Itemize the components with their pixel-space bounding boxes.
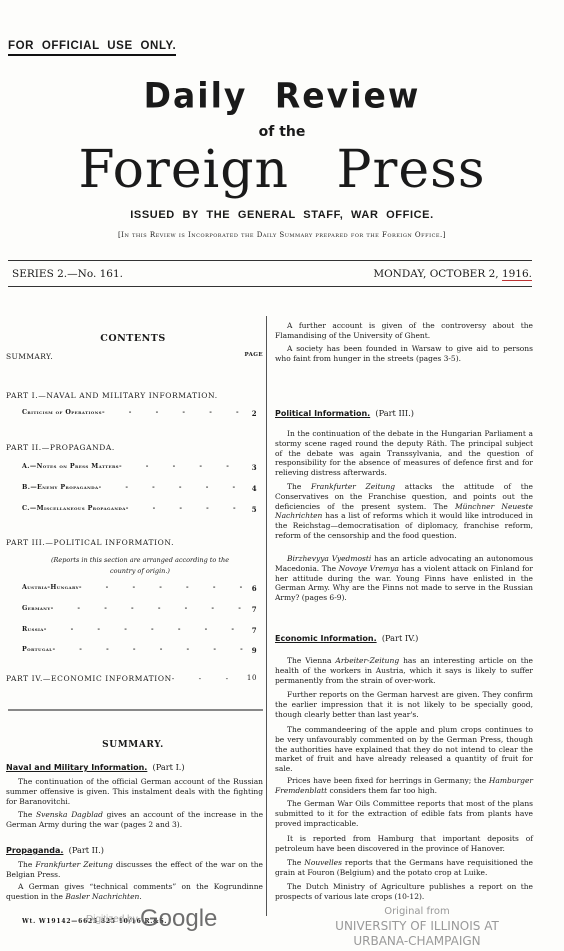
section-heading-economic: Economic Information. (Part IV.) — [275, 633, 533, 643]
original-from-label: Original from — [270, 906, 564, 917]
toc-item-label: Austria-Hungary — [22, 584, 79, 593]
toc-item-page: 7 — [252, 605, 257, 614]
institution-line-2: URBANA-CHAMPAIGN — [270, 934, 564, 948]
section-title: Economic Information. — [275, 634, 377, 643]
institution-line-1: UNIVERSITY OF ILLINOIS AT — [270, 919, 564, 933]
issued-by-line: ISSUED BY THE GENERAL STAFF, WAR OFFICE. — [0, 209, 564, 221]
official-use-notice: FOR OFFICIAL USE ONLY. — [8, 40, 176, 56]
section-part: (Part III.) — [375, 408, 414, 418]
toc-item-label: Criticism of Operations — [22, 409, 102, 418]
series-number: SERIES 2.—No. 161. — [12, 268, 123, 280]
toc-item-label: PART IV.—ECONOMIC INFORMATION — [6, 674, 172, 683]
issue-year: 1916. — [502, 268, 532, 281]
section-heading-propaganda: Propaganda. (Part II.) — [6, 845, 263, 855]
toc-item: C.—Miscellaneous Propaganda- - - - - - -… — [22, 505, 257, 514]
paragraph: Prices have been fixed for herrings in G… — [275, 776, 533, 796]
toc-part-2: PART II.—PROPAGANDA. — [6, 443, 115, 452]
toc-item-page: 6 — [252, 584, 257, 593]
section-heading-political: Political Information. (Part III.) — [275, 408, 533, 418]
toc-item-page: 10 — [247, 674, 257, 683]
note-line-1: (Reports in this section are arranged ac… — [30, 555, 250, 566]
section-part: (Part I.) — [153, 762, 185, 772]
section-title: Political Information. — [275, 409, 370, 418]
toc-page-label: PAGE — [245, 352, 264, 361]
publication-name: Nouvelles — [304, 858, 342, 867]
toc-item-label: Russia — [22, 626, 44, 635]
toc-item-page: 7 — [252, 626, 257, 635]
paragraph: The continuation of the official German … — [6, 777, 263, 806]
paragraph: The Nouvelles reports that the Germans h… — [275, 858, 533, 878]
toc-item-page: 2 — [252, 409, 257, 418]
paragraph: The Vienna Arbeiter-Zeitung has an inter… — [275, 656, 533, 685]
paragraph: The Frankfurter Zeitung discusses the ef… — [6, 860, 263, 880]
toc-item-page: 9 — [252, 646, 257, 655]
masthead-foreign-press: Foreign Press — [0, 140, 564, 200]
toc-item: Criticism of Operations- - - - - - -2 — [22, 409, 257, 418]
publication-name: Frankfurter Zeitung — [35, 860, 112, 869]
toc-part-4: PART IV.—ECONOMIC INFORMATION- - - - -10 — [6, 674, 257, 683]
paragraph: It is reported from Hamburg that importa… — [275, 834, 533, 854]
publication-name: Frankfurter Zeitung — [311, 482, 395, 491]
paragraph: The commandeering of the apple and plum … — [275, 725, 533, 774]
header-rule-bottom — [8, 286, 532, 287]
paragraph: Birzhevyya Vyedmosti has an article advo… — [275, 554, 533, 603]
header-rule-top — [8, 260, 532, 261]
publication-name: Basler Nachrichten. — [65, 892, 141, 901]
publication-name: Birzhevyya Vyedmosti — [287, 554, 371, 563]
digitized-by-label: Digitized by — [86, 914, 138, 925]
toc-item: B.—Enemy Propaganda- - - - - - -4 — [22, 484, 257, 493]
paragraph: A society has been founded in Warsaw to … — [275, 344, 533, 364]
toc-item-page: 5 — [252, 505, 257, 514]
toc-item-label: A.—Notes on Press Matters — [22, 463, 119, 472]
paragraph: A German gives “technical comments” on t… — [6, 882, 263, 902]
masthead-daily-review: Daily Review — [0, 77, 564, 115]
toc-item-label: Germany — [22, 605, 51, 614]
publication-name: Novoye Vremya — [339, 564, 399, 573]
toc-item-page: 4 — [252, 484, 257, 493]
paragraph: In the continuation of the debate in the… — [275, 429, 533, 478]
toc-part-3: PART III.—POLITICAL INFORMATION. — [6, 538, 174, 547]
paragraph: The Frankfurter Zeitung attacks the atti… — [275, 482, 533, 541]
summary-heading: SUMMARY. — [0, 740, 266, 750]
toc-item-label: C.—Miscellaneous Propaganda — [22, 505, 126, 514]
section-heading-naval: Naval and Military Information. (Part I.… — [6, 762, 263, 772]
toc-item: Russia- - - - - - - - - - -7 — [22, 626, 257, 635]
toc-part-3-note: (Reports in this section are arranged ac… — [30, 555, 250, 577]
masthead-of-the: of the — [0, 124, 564, 140]
incorporation-note: [In this Review is Incorporated the Dail… — [0, 231, 564, 239]
column-divider — [266, 316, 267, 916]
toc-item: Germany- - - - - - - - - -7 — [22, 605, 257, 614]
paragraph: The Svenska Dagblad gives an account of … — [6, 810, 263, 830]
series-date-row: SERIES 2.—No. 161. MONDAY, OCTOBER 2, 19… — [12, 268, 532, 280]
contents-divider — [8, 709, 263, 711]
toc-item: A.—Notes on Press Matters- - - - - - -3 — [22, 463, 257, 472]
toc-item-label: Portugal — [22, 646, 52, 655]
toc-summary-label: SUMMARY. — [6, 352, 53, 361]
paragraph: The German War Oils Committee reports th… — [275, 799, 533, 828]
issue-date: MONDAY, OCTOBER 2, 1916. — [373, 268, 532, 280]
note-line-2: country of origin.) — [30, 566, 250, 577]
contents-header-row: SUMMARY. PAGE — [6, 352, 263, 361]
toc-item-page: 3 — [252, 463, 257, 472]
publication-name: Arbeiter-Zeitung — [335, 656, 399, 665]
section-title: Naval and Military Information. — [6, 763, 147, 772]
paragraph: The Dutch Ministry of Agriculture publis… — [275, 882, 533, 902]
section-part: (Part II.) — [69, 845, 104, 855]
toc-item: Austria-Hungary- - - - - - - - -6 — [22, 584, 257, 593]
paragraph: A further account is given of the contro… — [275, 321, 533, 341]
toc-item-label: B.—Enemy Propaganda — [22, 484, 99, 493]
publication-name: Svenska Dagblad — [36, 810, 103, 819]
google-watermark: Google — [140, 905, 217, 933]
toc-part-1: PART I.—NAVAL AND MILITARY INFORMATION. — [6, 391, 218, 400]
section-title: Propaganda. — [6, 846, 63, 855]
section-part: (Part IV.) — [382, 633, 419, 643]
toc-item: Portugal- - - - - - - - - -9 — [22, 646, 257, 655]
contents-heading: CONTENTS — [0, 333, 266, 344]
paragraph: Further reports on the German harvest ar… — [275, 690, 533, 719]
